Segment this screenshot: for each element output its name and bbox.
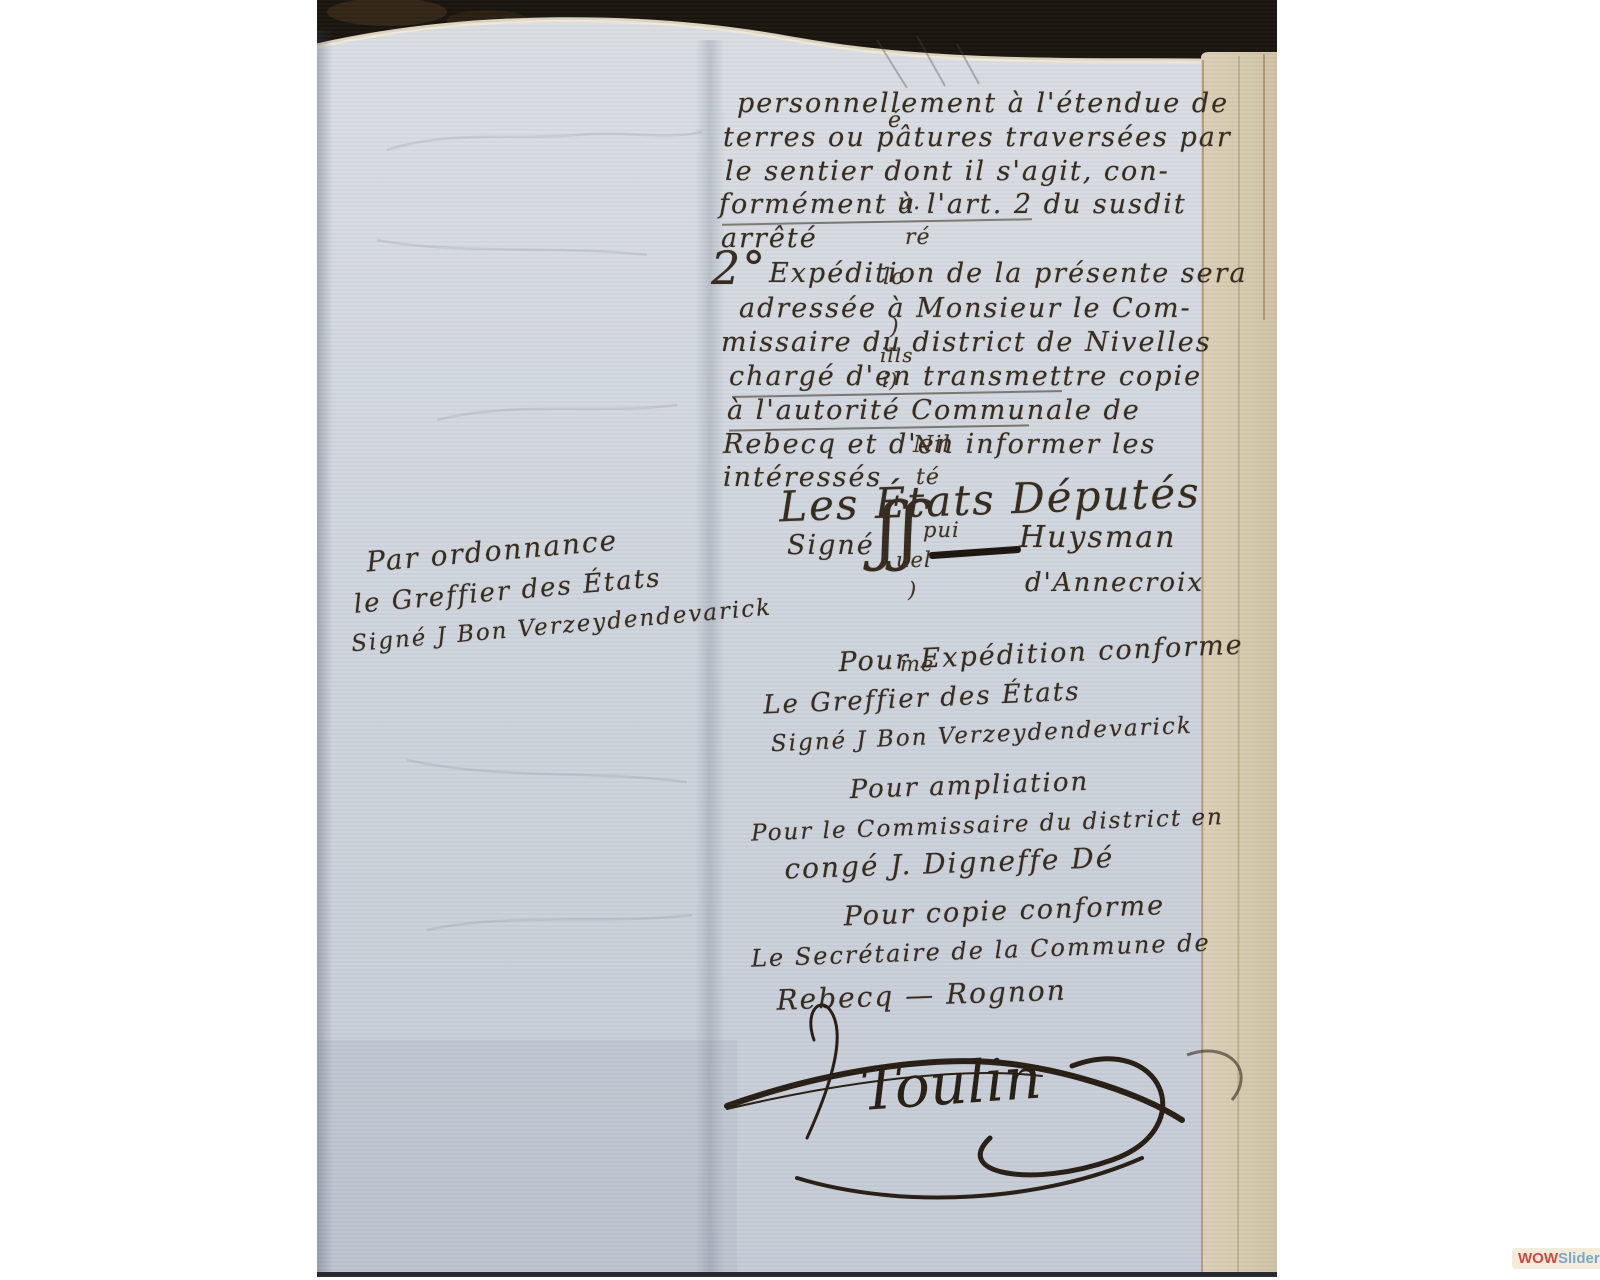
secretary-signature: Toulin [712,988,1212,1218]
wowslider-watermark[interactable]: WOWSlider [1512,1248,1600,1269]
edge-fragment: ills [880,343,913,367]
edge-fragment: uel [896,548,932,572]
manuscript-line: Le Secrétaire de la Commune de [751,929,1258,972]
edge-fragment: me [900,652,934,676]
edge-fragment: i) [882,368,898,392]
expedition-conforme-block: Pour Expédition conforme Le Greffier des… [743,631,1267,757]
manuscript-line: Expédition de la présente sera [769,260,1248,288]
manuscript-line: formément à l'art. 2 du susdit [719,191,1187,219]
manuscript-photo: personnellement à l'étendue de terres ou… [317,0,1277,1277]
screenshot-canvas: personnellement à l'étendue de terres ou… [0,0,1600,1280]
edge-fragment: ) [908,578,917,602]
manuscript-line: terres ou pâtures traversées par [723,124,1232,152]
manuscript-line: à l'autorité Communale de [727,397,1141,425]
wowslider-wow-label: WOW [1518,1250,1558,1267]
signe-label: Signé [787,532,875,560]
edge-fragment: Nil [913,432,951,458]
manuscript-line: chargé d'en transmettre copie [729,363,1202,391]
wowslider-slider-label: Slider [1558,1250,1600,1267]
manuscript-line: Pour le Commissaire du district en [751,804,1260,846]
deputy-name: Huysman [1019,522,1176,554]
deputy-name-2: d'Annecroix [1025,570,1204,597]
edge-fragment: ré [905,225,931,250]
signature-name: Toulin [858,1044,1043,1124]
paragraph-initial: 2° [711,244,767,292]
edge-fragment: pui [923,518,960,542]
manuscript-line: le sentier dont il s'agit, con- [725,158,1170,186]
ampliation-block: Pour ampliation Pour le Commissaire du d… [737,763,1260,886]
edge-fragment: é [888,108,902,133]
edge-fragment: u. [898,190,921,215]
manuscript-line: adressée à Monsieur le Com- [739,295,1192,323]
edge-fragment: té [916,465,940,490]
edge-fragment: lo [883,265,905,290]
manuscript-line: missaire du district de Nivelles [721,329,1212,357]
manuscript-line: personnellement à l'étendue de [737,90,1229,118]
edge-fragment: ) [890,315,900,340]
